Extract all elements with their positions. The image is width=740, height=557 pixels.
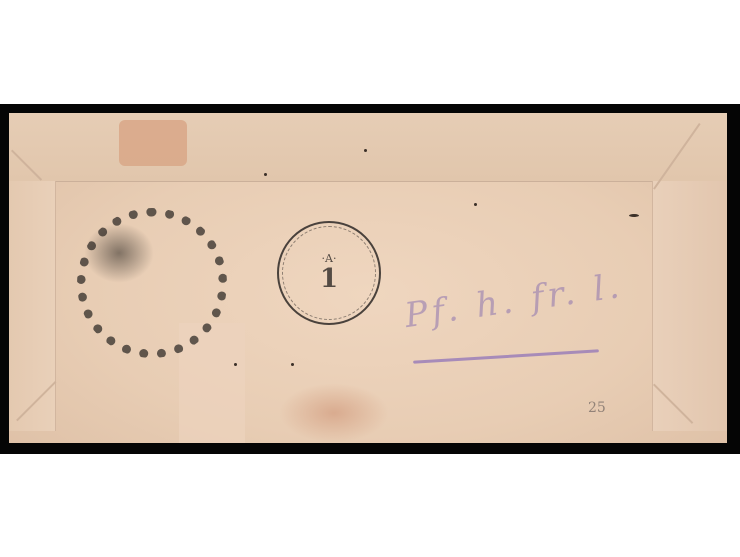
top-flap: [9, 113, 727, 182]
speck: [474, 203, 477, 206]
speck: [291, 363, 294, 366]
date-stamp-inner: ·A· 1: [282, 226, 376, 320]
pencil-notation: 25: [588, 400, 606, 416]
left-flap: [9, 181, 56, 431]
speck: [264, 173, 267, 176]
postal-cover-back: ·A· 1 Pf. h. fr. l. 25: [9, 113, 727, 443]
date-stamp-top-text: ·A·: [322, 253, 337, 265]
large-circular-cancel: [77, 208, 227, 358]
speck: [629, 214, 639, 217]
circular-date-stamp: ·A· 1: [277, 221, 381, 325]
speck: [364, 149, 367, 152]
signature-underline: [413, 349, 599, 363]
manuscript-signature: Pf. h. fr. l.: [402, 266, 625, 336]
stamp-remnant: [119, 120, 187, 166]
date-stamp-day: 1: [320, 265, 338, 294]
speck: [234, 363, 237, 366]
foxing-stain: [279, 383, 389, 443]
